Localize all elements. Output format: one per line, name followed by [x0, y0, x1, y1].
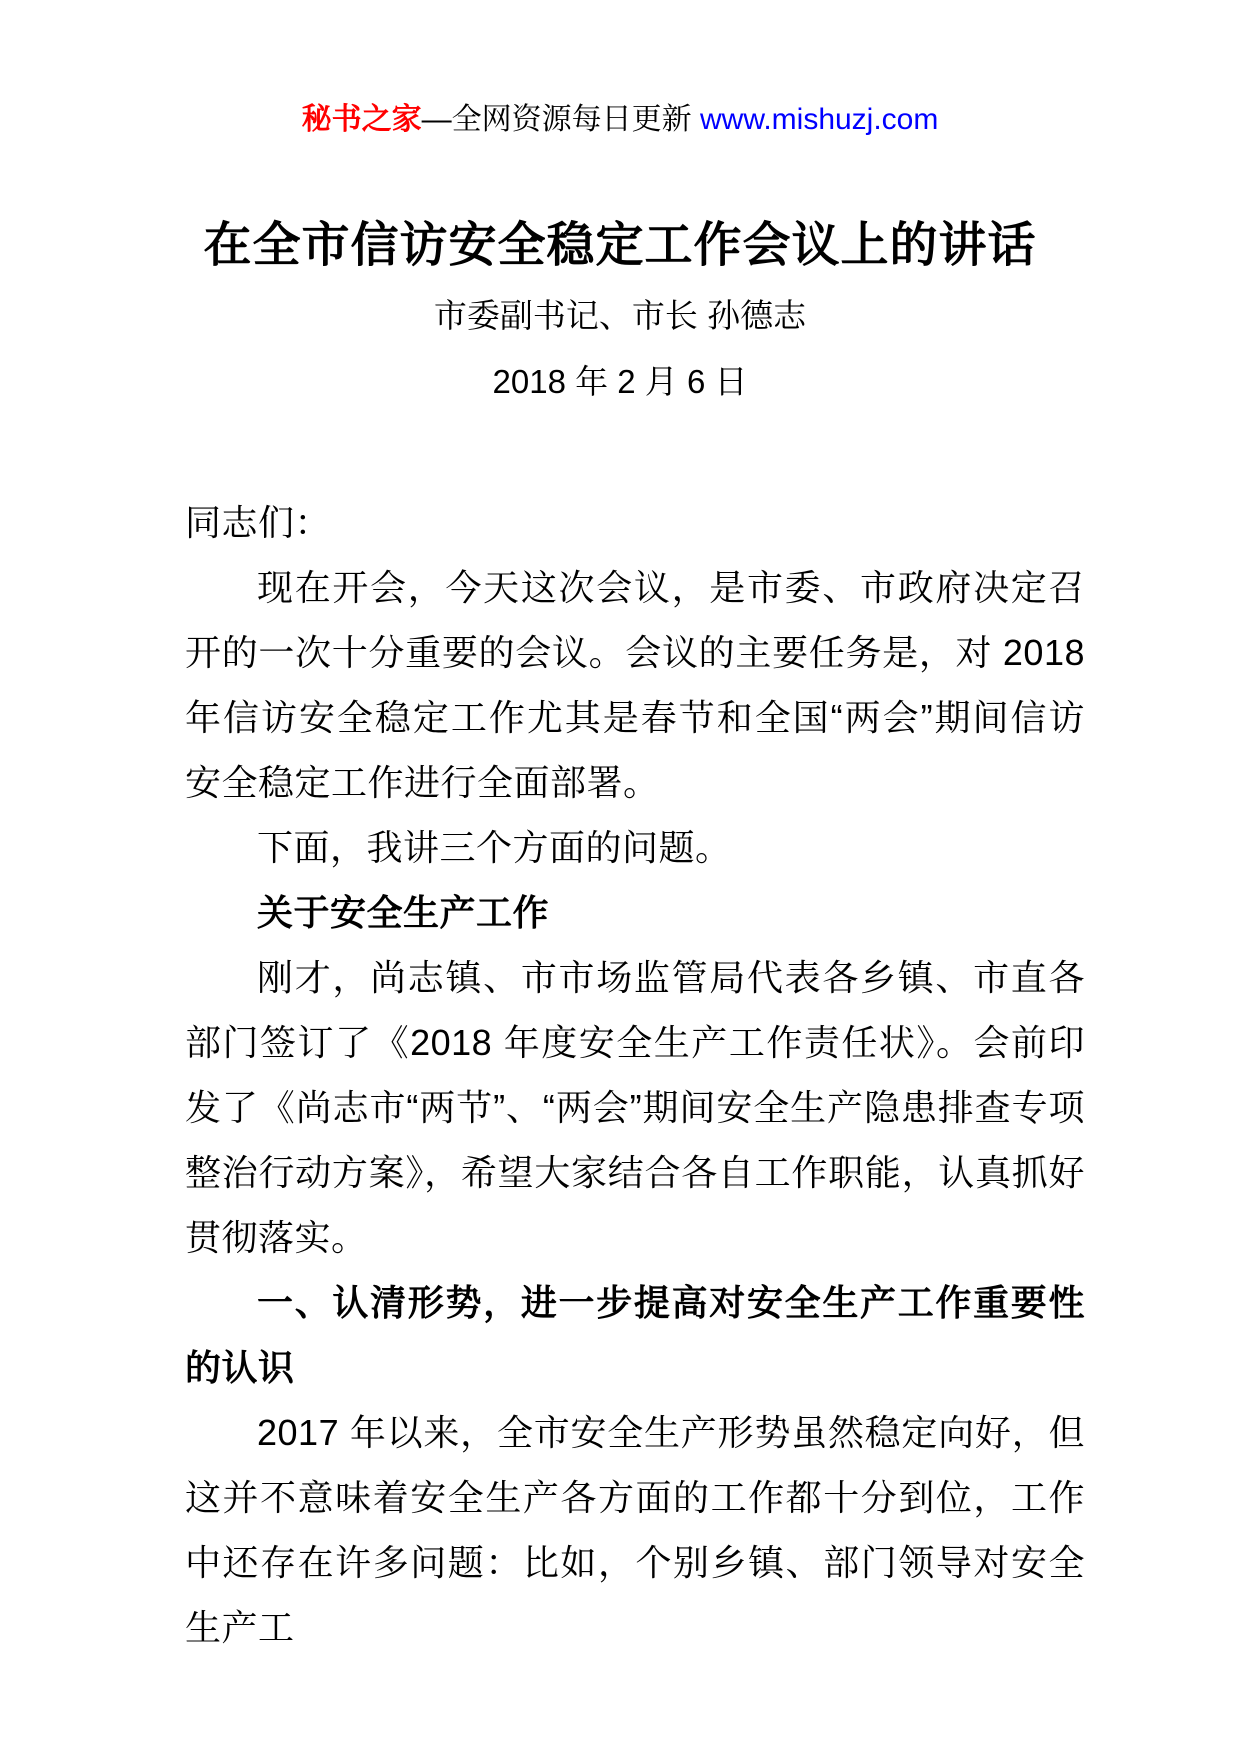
paragraph-salutation: 同志们： [185, 490, 1085, 555]
document-page: 秘书之家—全网资源每日更新 www.mishuzj.com 在全市信访安全稳定工… [0, 0, 1240, 1754]
paragraph-opening: 现在开会，今天这次会议，是市委、市政府决定召开的一次十分重要的会议。会议的主要任… [185, 555, 1085, 815]
site-header: 秘书之家—全网资源每日更新 www.mishuzj.com [0, 100, 1240, 140]
document-byline: 市委副书记、市长 孙德志 [0, 296, 1240, 336]
site-url-link[interactable]: www.mishuzj.com [700, 103, 938, 136]
document-body: 同志们： 现在开会，今天这次会议，是市委、市政府决定召开的一次十分重要的会议。会… [0, 490, 1085, 1660]
site-tagline: —全网资源每日更新 [422, 103, 700, 136]
paragraph-responsibility-signing: 刚才，尚志镇、市市场监管局代表各乡镇、市直各部门签订了《2018 年度安全生产工… [185, 945, 1085, 1270]
paragraph-situation-analysis: 2017 年以来，全市安全生产形势虽然稳定向好，但这并不意味着安全生产各方面的工… [185, 1400, 1085, 1660]
paragraph-transition: 下面，我讲三个方面的问题。 [185, 815, 1085, 880]
section-heading-recognize-situation: 一、认清形势，进一步提高对安全生产工作重要性的认识 [185, 1270, 1085, 1400]
site-brand: 秘书之家 [302, 103, 422, 136]
document-date: 2018 年 2 月 6 日 [0, 362, 1240, 402]
document-title: 在全市信访安全稳定工作会议上的讲话 [0, 218, 1240, 274]
section-heading-safety-production: 关于安全生产工作 [185, 880, 1085, 945]
